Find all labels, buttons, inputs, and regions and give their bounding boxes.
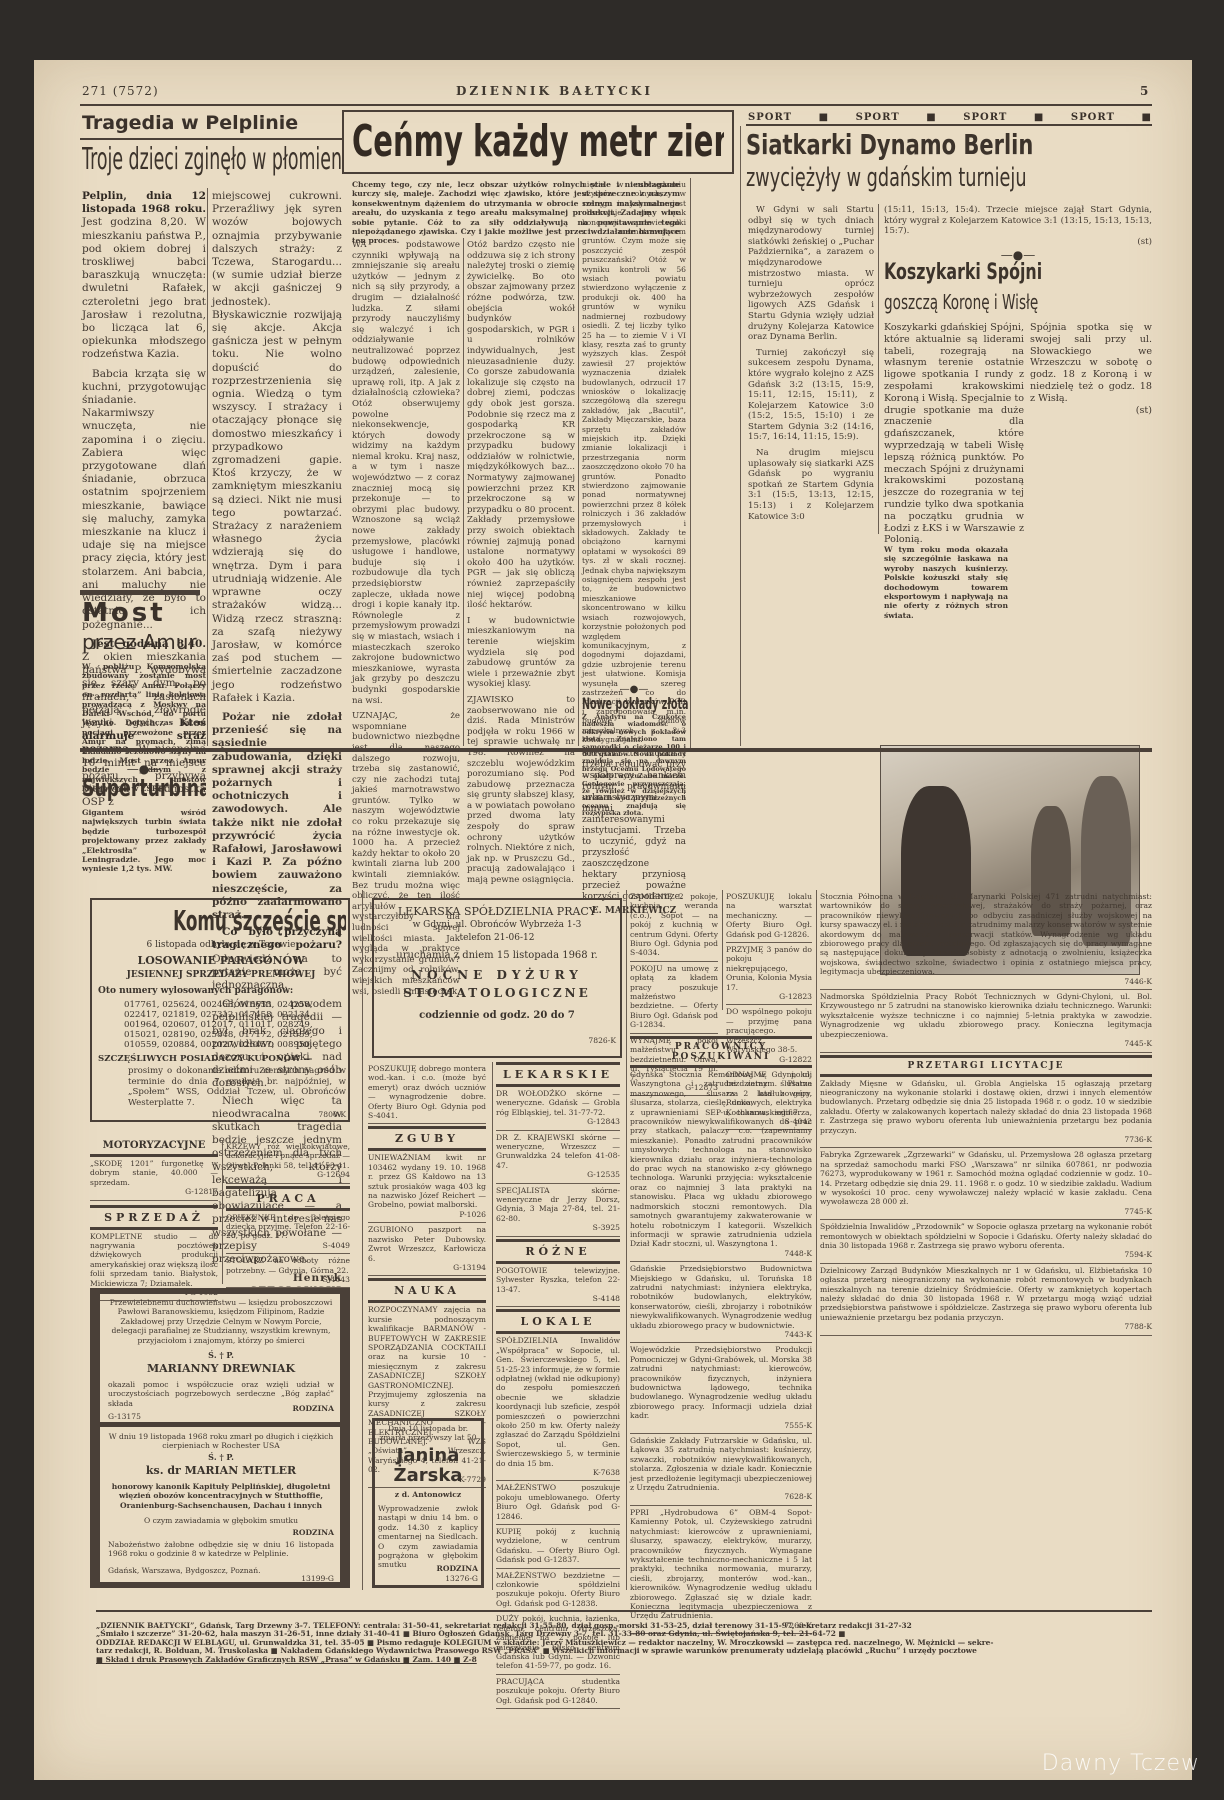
section-heading: ZGUBY bbox=[368, 1126, 486, 1151]
classified-ad: POSZUKUJĘ dobrego montera wod.-kan. i c.… bbox=[368, 1062, 486, 1124]
ad-code: G-12843 bbox=[496, 1117, 620, 1126]
classified-ad: Gdańskie Zakłady Futrzarskie w Gdańsku, … bbox=[630, 1434, 812, 1506]
pelplin-col-2: miejscowej cukrowni. Przeraźliwy jęk syr… bbox=[212, 190, 342, 1299]
ad-code: K-7638 bbox=[496, 1468, 620, 1477]
sport-col-4: Spójnia spotka się w swojej sali przy ul… bbox=[1030, 322, 1152, 416]
section-heading: PRACA bbox=[226, 1186, 350, 1211]
classified-ad: OPIEKUNKĘ do 3-letniego dziecka przyjmę.… bbox=[226, 1211, 350, 1255]
section-heading: PRZETARGI LICYTACJE bbox=[820, 1055, 1152, 1077]
lottery-number-row: 015021, 028190, 025848, 017172, 021559, bbox=[124, 1030, 344, 1040]
kozuchy-note: W tym roku moda okazała się szczególnie … bbox=[884, 545, 1008, 620]
obituary-name: ks. dr MARIAN METLER bbox=[108, 1464, 334, 1477]
classified-ad: Stocznia Północna w Gdańsku, ul. Marynar… bbox=[820, 890, 1152, 990]
lottery-number-row: 022417, 021819, 027312, 017458, 022134, bbox=[124, 1010, 344, 1020]
column-divider bbox=[626, 890, 627, 1590]
header-rule bbox=[80, 104, 1152, 106]
ad-text: DR Z. KRAJEWSKI skórne — weneryczne, Wrz… bbox=[496, 1133, 620, 1170]
obituary-sign: RODZINA bbox=[108, 1528, 334, 1537]
column-divider bbox=[222, 1140, 223, 1284]
ad-text: Gdańskie Przedsiębiorstwo Budownictwa Mi… bbox=[630, 1264, 812, 1329]
ad-code: 7745-K bbox=[820, 1207, 1152, 1216]
ad-code: S-4043 bbox=[226, 1275, 350, 1284]
sport-col-2: (15:11, 15:13, 15:4). Trzecie miejsce za… bbox=[884, 205, 1152, 247]
sport-label: SPORT bbox=[856, 112, 900, 123]
sport-headline-3: Koszykarki Spójni bbox=[884, 260, 1078, 285]
section-heading: LOKALE bbox=[496, 1309, 620, 1334]
classified-ad: Nadmorska Spółdzielnia Pracy Robót Techn… bbox=[820, 990, 1152, 1052]
sport-label: SPORT bbox=[1071, 112, 1115, 123]
column-divider bbox=[816, 890, 817, 1590]
zloto-title-wrap: Nowe pokłady złota bbox=[582, 694, 688, 714]
obituary-name: MARIANNY DREWNIAK bbox=[108, 1362, 334, 1375]
classified-ad: Dzielnicowy Zarząd Budynków Mieszkalnych… bbox=[820, 1264, 1152, 1336]
column-divider bbox=[690, 178, 691, 748]
ad-code: 7800-K bbox=[96, 1110, 346, 1119]
obituary-name: Janina Żarska bbox=[378, 1446, 478, 1486]
sport-headline-4: goszczą Koronę i Wisłę bbox=[884, 290, 1068, 314]
sport-headline-4-wrap: goszczą Koronę i Wisłę bbox=[884, 290, 1154, 318]
ad-code: S-4049 bbox=[226, 1241, 350, 1250]
pelplin-headline-wrap: Troje dzieci zginęło w płomieniach bbox=[82, 142, 342, 178]
classified-ad: PPRI „Hydrobudowa 6” OBM-4 Sopot-Kamienn… bbox=[630, 1506, 812, 1634]
obituary-text: W dniu 19 listopada 1968 roku zmarł po d… bbox=[108, 1432, 334, 1451]
most-title-2: przez Amur bbox=[82, 630, 206, 654]
obituary-cross: Ś. † P. bbox=[108, 1350, 334, 1360]
ad-code: 7445-K bbox=[820, 1039, 1152, 1048]
obituary-text: honorowy kanonik Kapituły Pelplińskiej, … bbox=[108, 1482, 334, 1510]
ad-code: G-12694 bbox=[226, 1170, 350, 1179]
obituary-cross: Ś. † P. bbox=[108, 1452, 334, 1462]
ad-code: G-13175 bbox=[108, 1412, 208, 1421]
classified-ad: Gdańskie Przedsiębiorstwo Budownictwa Mi… bbox=[630, 1262, 812, 1343]
column-divider bbox=[362, 890, 363, 1590]
column-divider bbox=[878, 204, 879, 534]
sport-bar: SPORT■ SPORT■ SPORT■ SPORT■ bbox=[748, 112, 1152, 123]
paragraph: ZJAWISKO to zaobserwowano nie od dziś. R… bbox=[467, 695, 575, 886]
ad-code: P-1026 bbox=[368, 1210, 486, 1219]
square-icon: ■ bbox=[1142, 112, 1152, 123]
square-icon: ■ bbox=[819, 112, 829, 123]
obituary-divider bbox=[100, 1422, 340, 1427]
section-heading: MOTORYZACYJNE bbox=[90, 1140, 218, 1157]
lottery-line: SZCZĘŚLIWYCH POSIADACZY KUPONÓW — bbox=[98, 1054, 348, 1064]
ad-code: S-4148 bbox=[496, 1294, 620, 1303]
column-divider bbox=[740, 126, 741, 746]
dental-line: STOMATOLOGICZNE bbox=[376, 986, 618, 1000]
ad-text: Dzielnicowy Zarząd Budynków Mieszkalnych… bbox=[820, 1266, 1152, 1322]
ad-code: G-12823 bbox=[726, 992, 812, 1001]
lottery-number-row: 001964, 020607, 012017, 011011, 028249, bbox=[124, 1020, 344, 1030]
lottery-line: Oto numery wylosowanych paragonów: bbox=[98, 986, 348, 996]
classified-ad: DR WOŁODŹKO skórne — weneryczne. Gdańsk … bbox=[496, 1087, 620, 1131]
paragraph: WA podstawowe czynniki wpływają na zmnie… bbox=[352, 240, 460, 706]
ad-text: Gdańskie Zakłady Futrzarskie w Gdańsku, … bbox=[630, 1436, 812, 1492]
paragraph: Jest godzina 8,20. W mieszkaniu państwa … bbox=[82, 216, 206, 360]
ziemia-col-1: WA podstawowe czynniki wpływają na zmnie… bbox=[352, 240, 460, 997]
ad-text: SPÓŁDZIELNIA Inwalidów „Współpraca” w So… bbox=[496, 1336, 620, 1467]
ad-code: 7594-K bbox=[820, 1250, 1152, 1259]
section-heading: SPRZEDAŻ bbox=[90, 1205, 218, 1230]
classified-ad: PRZYJMĘ 3 panów do pokoju niekrępującego… bbox=[726, 943, 812, 1005]
lottery-line: LOSOWANIE PARAGONÓW bbox=[96, 954, 346, 967]
pelplin-kicker: Tragedia w Pelplinie bbox=[82, 112, 342, 134]
lottery-line: 6 listopada odbyło się w Tczewie bbox=[96, 940, 346, 950]
classified-ad: PRACUJĄCA studentka poszukuje pokoju. Of… bbox=[496, 1675, 620, 1709]
classified-ad: KRZEWY róż wielkokwiatowe, dekoracyjne i… bbox=[226, 1140, 350, 1184]
classified-ad: MAŁŻEŃSTWO bezdzietne — członkowie spółd… bbox=[496, 1569, 620, 1613]
classified-ad: KUPIĘ pokój z kuchnią wydzielone, w cent… bbox=[496, 1525, 620, 1569]
column-divider bbox=[722, 890, 723, 1010]
sport-label: SPORT bbox=[748, 112, 792, 123]
zloto-body: Z Anadyru na Czukotce nadeszła wiadomość… bbox=[582, 714, 686, 818]
ad-code: 7736-K bbox=[820, 1135, 1152, 1144]
imprint-line: ■ Skład i druk Prasowych Zakładów Grafic… bbox=[96, 1656, 1152, 1664]
ads-divider bbox=[80, 748, 1152, 752]
lottery-numbers: 017761, 025624, 002465, 016653, 024258,0… bbox=[124, 1000, 344, 1050]
motoryzacyjne-section: MOTORYZACYJNE „SKODĘ 1201” furgonetkę w … bbox=[90, 1140, 218, 1301]
ad-text: OPIEKUNKĘ do 3-letniego dziecka przyjmę.… bbox=[226, 1213, 350, 1241]
footer-rule bbox=[96, 1610, 1152, 1612]
ad-text: ZGUBIONO paszport na nazwisko Peter Dubo… bbox=[368, 1225, 486, 1262]
section-heading: LEKARSKIE bbox=[496, 1062, 620, 1087]
sport-headline-1: Siatkarki Dynamo Berlin bbox=[746, 128, 1054, 161]
page-number: 5 bbox=[1140, 84, 1149, 98]
classified-ad: Spółdzielnia Inwalidów „Przodownik” w So… bbox=[820, 1220, 1152, 1264]
sport-headline-1-wrap: Siatkarki Dynamo Berlin bbox=[746, 128, 1156, 162]
lottery-number-row: 010559, 020884, 002027, 026457, 008950. bbox=[124, 1040, 344, 1050]
ad-text: SPECJALISTA skórne-weneryczne dr Jerzy D… bbox=[496, 1186, 620, 1223]
sport-label: SPORT bbox=[963, 112, 1007, 123]
watermark: Dawny Tczew bbox=[1042, 1751, 1200, 1776]
turbina-title-wrap: Superturbina bbox=[82, 774, 206, 804]
classified-ad: SPÓŁDZIELNIA Inwalidów „Współpraca” w So… bbox=[496, 1334, 620, 1481]
ad-code: 7448-K bbox=[630, 1249, 812, 1258]
square-icon: ■ bbox=[926, 112, 936, 123]
ad-text: Wojewódzkie Przedsiębiorstwo Produkcji P… bbox=[630, 1345, 812, 1420]
sport-rule bbox=[746, 124, 1152, 126]
ad-code: 7446-K bbox=[820, 977, 1152, 986]
classified-ad: SPECJALISTA skórne-weneryczne dr Jerzy D… bbox=[496, 1184, 620, 1237]
ad-text: Nadmorska Spółdzielnia Pracy Robót Techn… bbox=[820, 992, 1152, 1039]
section-heading: NAUKA bbox=[368, 1278, 486, 1303]
classified-ad: ZAMIENIĘ 2 pokoje, kuchnia, weranda (c.o… bbox=[630, 890, 718, 962]
praca-section: KRZEWY róż wielkokwiatowe, dekoracyjne i… bbox=[226, 1140, 350, 1288]
lottery-line: JESIENNEJ SPRZEDAŻY PREMIOWEJ bbox=[96, 970, 346, 980]
ziemia-headline-wrap: Ceńmy każdy metr ziemi bbox=[352, 116, 724, 168]
column-divider bbox=[492, 1062, 493, 1590]
ad-text: UNIEWAŻNIAM kwit nr 103462 wydany 19. 10… bbox=[368, 1153, 486, 1209]
paragraph: (15:11, 15:13, 15:4). Trzecie miejsce za… bbox=[884, 205, 1152, 237]
classified-ad: UNIEWAŻNIAM kwit nr 103462 wydany 19. 10… bbox=[368, 1151, 486, 1223]
column-divider bbox=[207, 188, 208, 746]
masthead: DZIENNIK BAŁTYCKI bbox=[456, 84, 653, 98]
paragraph: W Gdyni w sali Startu odbył się w tych d… bbox=[748, 205, 874, 343]
ad-text: KRZEWY róż wielkokwiatowe, dekoracyjne i… bbox=[226, 1142, 350, 1170]
obituary-sign: RODZINA bbox=[378, 1564, 478, 1573]
ad-text: Gdyńska Stocznia Remontowa w Gdyni, ul. … bbox=[630, 1070, 812, 1248]
classified-ad: Fabryka Zgrzewarek „Zgrzewarki” w Gdańsk… bbox=[820, 1148, 1152, 1220]
sport-headline-2-wrap: zwyciężyły w gdańskim turnieju bbox=[746, 163, 1156, 197]
classified-ad: MAŁŻEŃSTWO poszukuje pokoju umeblowanego… bbox=[496, 1481, 620, 1525]
ziemia-col-2: Otóż bardzo często nie oddzuwa się z ich… bbox=[467, 240, 575, 886]
dental-line: telefon 21-06-12 bbox=[376, 933, 618, 943]
first-name: Janina bbox=[378, 1446, 478, 1466]
classified-ad: Wojewódzkie Przedsiębiorstwo Produkcji P… bbox=[630, 1343, 812, 1434]
sport-headline-3-wrap: Koszykarki Spójni bbox=[884, 260, 1154, 290]
ad-code: 7443-K bbox=[630, 1330, 812, 1339]
classified-ad: POGOTOWIE telewizyjne. Sylwester Ryszka,… bbox=[496, 1264, 620, 1308]
ad-text: PPRI „Hydrobudowa 6” OBM-4 Sopot-Kamienn… bbox=[630, 1508, 812, 1620]
section-heading: RÓŻNE bbox=[496, 1239, 620, 1264]
pelplin-headline: Troje dzieci zginęło w płomieniach bbox=[82, 142, 233, 177]
ad-code: G-12817 bbox=[90, 1187, 218, 1196]
dental-line: LEKARSKA SPÓŁDZIELNIA PRACY bbox=[376, 905, 618, 918]
ad-code: 7788-K bbox=[820, 1322, 1152, 1331]
dental-line: NOCNE DYŻURY bbox=[376, 968, 618, 982]
ad-code: G-13194 bbox=[368, 1263, 486, 1272]
ad-code: G-12535 bbox=[496, 1170, 620, 1179]
ad-code: 13276-G bbox=[378, 1574, 478, 1583]
ad-text: Stocznia Północna w Gdańsku, ul. Marynar… bbox=[820, 892, 1152, 976]
sport-col-1: W Gdyni w sali Startu odbył się w tych d… bbox=[748, 205, 874, 522]
surname: Żarska bbox=[378, 1466, 478, 1486]
ad-text: Zakłady Mięsne w Gdańsku, ul. Grobla Ang… bbox=[820, 1079, 1152, 1135]
ad-code: 7826-K bbox=[376, 1036, 616, 1045]
paragraph: I w budownictwie mieszkaniowym na tereni… bbox=[467, 616, 575, 690]
most-title-1: Most bbox=[82, 598, 206, 628]
sport-col-3: Koszykarki gdańskiej Spójni, które aktua… bbox=[884, 322, 1024, 546]
section-rule bbox=[80, 590, 200, 595]
ad-text: Fabryka Zgrzewarek „Zgrzewarki” w Gdańsk… bbox=[820, 1150, 1152, 1206]
classified-ad: „SKODĘ 1201” furgonetkę w dobrym stanie,… bbox=[90, 1157, 218, 1201]
ad-text: STOLARZ na roboty różne potrzebny. — Gdy… bbox=[226, 1256, 350, 1274]
ad-text: PRZYJMĘ 3 panów do pokoju niekrępującego… bbox=[726, 945, 812, 992]
ads-col-right: Stocznia Północna w Gdańsku, ul. Marynar… bbox=[820, 890, 1152, 1336]
ad-code: 7628-K bbox=[630, 1492, 812, 1501]
classified-ad: Gdyńska Stocznia Remontowa w Gdyni, ul. … bbox=[630, 1068, 812, 1262]
imprint: „DZIENNIK BAŁTYCKI”, Gdańsk, Targ Drzewn… bbox=[96, 1622, 1152, 1664]
ad-code: S-3925 bbox=[496, 1223, 620, 1232]
dental-line: uruchamia z dniem 15 listopada 1968 r. bbox=[376, 950, 618, 961]
lottery-line: prosimy o dokonanie odbioru cennych nagr… bbox=[128, 1066, 346, 1108]
classified-ad: POSZUKUJĘ lokalu na warsztat mechaniczny… bbox=[726, 890, 812, 943]
lottery-number-row: 017761, 025624, 002465, 016653, 024258, bbox=[124, 1000, 344, 1010]
classified-ad: Zakłady Mięsne w Gdańsku, ul. Grobla Ang… bbox=[820, 1077, 1152, 1149]
ziemia-headline: Ceńmy każdy metr ziemi bbox=[352, 116, 598, 167]
kicker-rule bbox=[80, 138, 342, 140]
classified-ad: ZGUBIONO paszport na nazwisko Peter Dubo… bbox=[368, 1223, 486, 1276]
ad-text: „SKODĘ 1201” furgonetkę w dobrym stanie,… bbox=[90, 1159, 218, 1187]
zloto-title: Nowe pokłady złota bbox=[582, 694, 646, 713]
paragraph: Na drugim miejscu uplasowały się siatkar… bbox=[748, 448, 874, 522]
lottery-title: Komu szczęście sprzyja? bbox=[173, 904, 346, 936]
sport-headline-2: zwyciężyły w gdańskim turnieju bbox=[746, 163, 1025, 193]
obituary-text: Wyprowadzenie zwłok nastąpi w dniu 14 bm… bbox=[378, 1504, 478, 1570]
turbina-title: Superturbina bbox=[82, 774, 171, 802]
classified-ad: POKOJU na umowę z opłatą za kładem pracy… bbox=[630, 962, 718, 1034]
ad-text: POGOTOWIE telewizyjne. Sylwester Ryszka,… bbox=[496, 1266, 620, 1294]
dateline: Pelplin, dnia 12 listopada 1968 roku. bbox=[82, 190, 206, 215]
column-divider bbox=[463, 238, 464, 746]
obituary-maiden: z d. Antonowicz bbox=[378, 1490, 478, 1499]
ad-text: Spółdzielnia Inwalidów „Przodownik” w So… bbox=[820, 1222, 1152, 1250]
paragraph: Koszykarki gdańskiej Spójni, które aktua… bbox=[884, 322, 1024, 546]
ad-text: KOMPLETNE studio — do nagrywania pocztów… bbox=[90, 1232, 218, 1288]
dental-line: codziennie od godz. 20 do 7 bbox=[376, 1010, 618, 1021]
signature: (st) bbox=[884, 237, 1152, 248]
signature: (st) bbox=[1030, 405, 1152, 417]
obituary-text: Dnia 10 listopada br. zmarła przeżywszy … bbox=[378, 1424, 478, 1443]
paragraph: Otóż bardzo często nie oddzuwa się z ich… bbox=[467, 240, 575, 611]
paragraph: nięcia w oszczędzaniu użytków rolnych, w… bbox=[582, 180, 686, 744]
ad-text: DR WOŁODŹKO skórne — weneryczne. Gdańsk … bbox=[496, 1089, 620, 1117]
lottery-title-wrap: Komu szczęście sprzyja? bbox=[96, 904, 346, 936]
ad-code: 13199-G bbox=[108, 1574, 334, 1583]
obituary-text: Przewielebnemu duchowieństwu — księdzu p… bbox=[108, 1298, 334, 1345]
obituary-text: O czym zawiadamia w głębokim smutku bbox=[108, 1516, 334, 1525]
turbina-body: Gigantem wśród największych turbin świat… bbox=[82, 808, 206, 874]
issue-number: 271 (7572) bbox=[82, 84, 159, 98]
paragraph: miejscowej cukrowni. Przeraźliwy jęk syr… bbox=[212, 190, 342, 705]
dental-line: w Gdyni, ul. Obrońców Wybrzeża 1-3 bbox=[376, 920, 618, 930]
pracownicy-section: PRACOWNICY POSZUKIWANI Gdyńska Stocznia … bbox=[630, 1036, 812, 1634]
paragraph: Pożar nie zdołał przenieść się na sąsied… bbox=[212, 711, 342, 922]
section-heading: PRACOWNICY POSZUKIWANI bbox=[630, 1036, 812, 1068]
obituary-text: Nabożeństwo żałobne odbędzie się w dniu … bbox=[108, 1540, 334, 1559]
classified-ad: DR Z. KRAJEWSKI skórne — weneryczne, Wrz… bbox=[496, 1131, 620, 1184]
paragraph: Turniej zakończył się sukcesem zespołu D… bbox=[748, 348, 874, 443]
paragraph: Spójnia spotka się w swojej sali przy ul… bbox=[1030, 322, 1152, 405]
column-divider bbox=[578, 238, 579, 746]
square-icon: ■ bbox=[1034, 112, 1044, 123]
classified-ad: STOLARZ na roboty różne potrzebny. — Gdy… bbox=[226, 1254, 350, 1288]
ad-code: 7555-K bbox=[630, 1421, 812, 1430]
